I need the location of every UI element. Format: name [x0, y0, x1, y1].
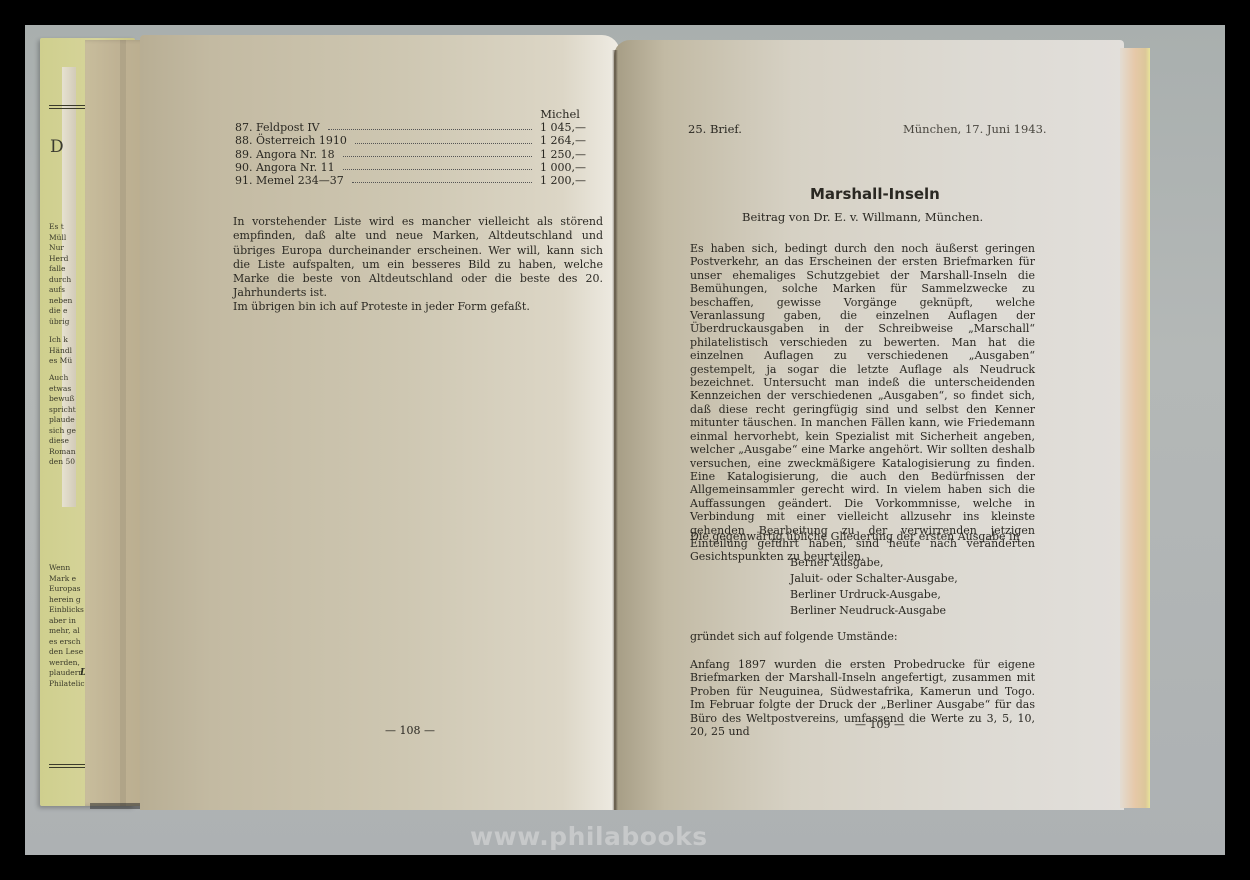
chapter-title: Marshall-Inseln	[810, 185, 940, 203]
dot-leader	[328, 121, 532, 130]
page-number-left: — 108 —	[385, 724, 435, 737]
page-number-right: — 109 —	[855, 718, 905, 731]
edition-list: Berner Ausgabe,Jaluit- oder Schalter-Aus…	[790, 555, 958, 619]
column-header-michel: Michel	[235, 108, 605, 121]
book-gutter	[612, 50, 618, 810]
byline: Beitrag von Dr. E. v. Willmann, München.	[742, 210, 983, 224]
item-value: 1 264,—	[540, 134, 605, 147]
price-list: Michel 87. Feldpost IV1 045,—88. Österre…	[235, 108, 605, 187]
jacket-rule-bottom	[49, 764, 87, 768]
place-date: München, 17. Juni 1943.	[903, 122, 1047, 136]
list-item: 88. Österreich 19101 264,—	[235, 134, 605, 147]
item-value: 1 000,—	[540, 161, 605, 174]
watermark: www.philabooks	[470, 822, 708, 851]
list-item: 89. Angora Nr. 181 250,—	[235, 148, 605, 161]
dot-leader	[343, 161, 532, 170]
item-label: 88. Österreich 1910	[235, 134, 347, 147]
dot-leader	[352, 174, 532, 183]
edition-item: Berliner Neudruck-Ausgabe	[790, 603, 958, 619]
dot-leader	[355, 134, 532, 143]
right-paragraph-2: Die gegenwärtig übliche Gliederung der e…	[690, 530, 1035, 543]
letter-number: 25. Brief.	[688, 122, 742, 136]
left-paragraph-2: Im übrigen bin ich auf Proteste in jeder…	[233, 300, 603, 314]
list-item: 91. Memel 234—371 200,—	[235, 174, 605, 187]
edition-item: Jaluit- oder Schalter-Ausgabe,	[790, 571, 958, 587]
left-paragraph-1: In vorstehender Liste wird es mancher vi…	[233, 215, 603, 301]
item-value: 1 045,—	[540, 121, 605, 134]
right-paragraph-3: gründet sich auf folgende Umstände:	[690, 630, 1035, 643]
edition-item: Berliner Urdruck-Ausgabe,	[790, 587, 958, 603]
dot-leader	[343, 148, 532, 157]
right-paragraph-1: Es haben sich, bedingt durch den noch äu…	[690, 242, 1035, 564]
jacket-rule-top	[49, 105, 87, 109]
edition-item: Berner Ausgabe,	[790, 555, 958, 571]
list-item: 90. Angora Nr. 111 000,—	[235, 161, 605, 174]
item-label: 89. Angora Nr. 18	[235, 148, 335, 161]
item-value: 1 200,—	[540, 174, 605, 187]
page-edges-right	[1120, 48, 1150, 808]
list-item: 87. Feldpost IV1 045,—	[235, 121, 605, 134]
jacket-title: D	[50, 137, 64, 157]
item-label: 91. Memel 234—37	[235, 174, 344, 187]
item-label: 87. Feldpost IV	[235, 121, 320, 134]
item-label: 90. Angora Nr. 11	[235, 161, 335, 174]
item-value: 1 250,—	[540, 148, 605, 161]
